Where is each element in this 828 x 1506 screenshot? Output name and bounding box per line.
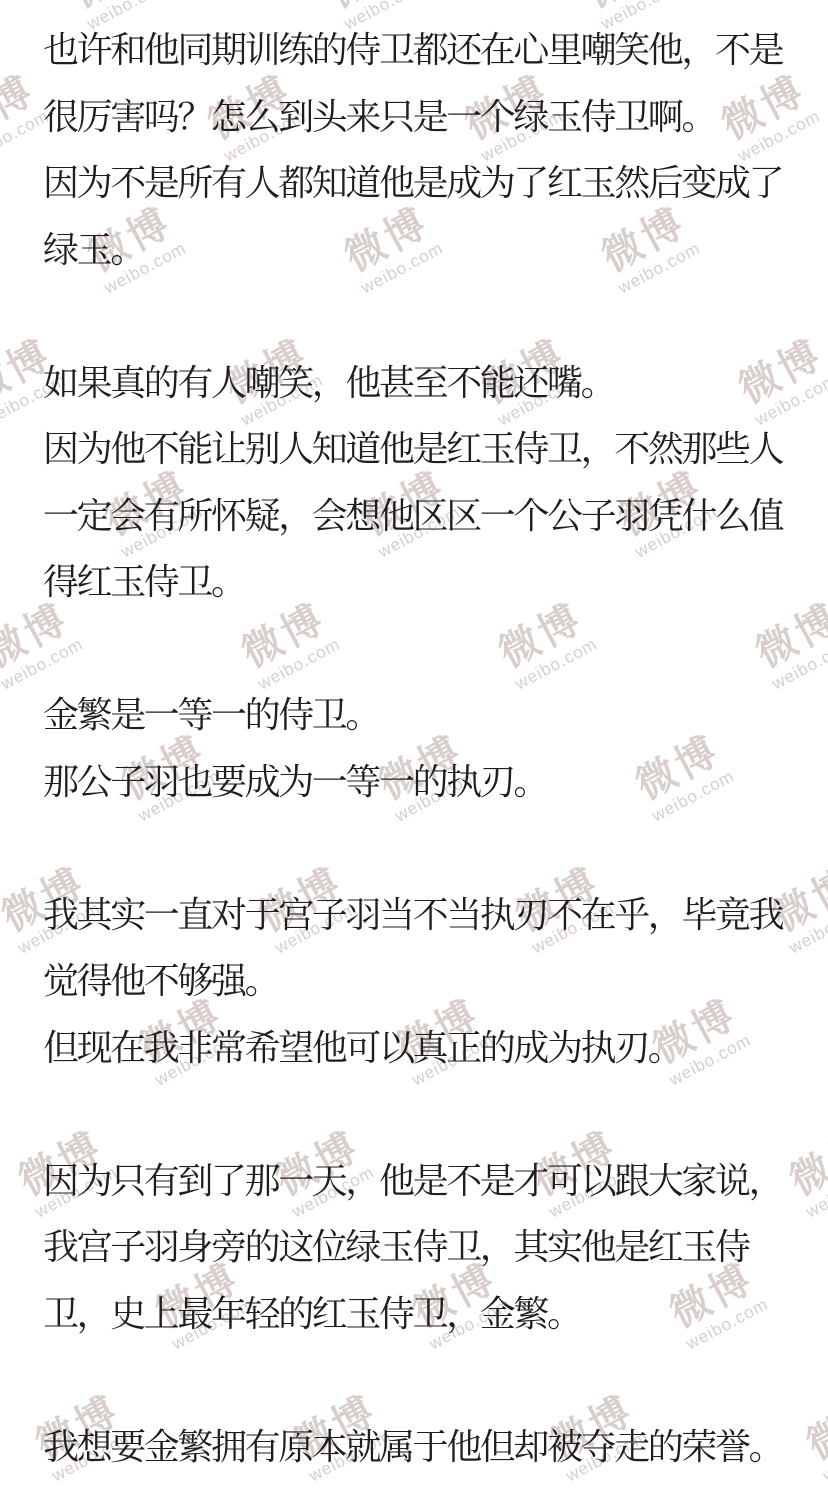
paragraph: 我想要金繁拥有原本就属于他但却被夺走的荣誉。 [43,1414,789,1481]
weibo-logo-text: 微博 [321,0,419,15]
paragraph: 那公子羽也要成为一等一的执刃。 [43,749,789,816]
weibo-url-text: weibo.com [820,1427,828,1484]
weibo-logo-text: 微博 [0,69,43,147]
paragraph: 如果真的有人嘲笑，他甚至不能还嘴。 [43,350,789,417]
weibo-logo-text: 微博 [783,1125,828,1203]
weibo-post-screenshot: 微博weibo.com微博weibo.com微博weibo.com微博weibo… [0,0,828,1506]
paragraph-block: 因为只有到了那一天，他是不是才可以跟大家说，我宫子羽身旁的这位绿玉侍卫，其实他是… [43,1148,789,1348]
weibo-url-text: weibo.com [803,1163,828,1220]
weibo-logo-text: 微博 [64,0,162,15]
paragraph-block: 我其实一直对于宫子羽当不当执刃不在乎，毕竟我觉得他不够强。但现在我非常希望他可以… [43,882,789,1082]
paragraph: 因为只有到了那一天，他是不是才可以跟大家说，我宫子羽身旁的这位绿玉侍卫，其实他是… [43,1148,789,1348]
weibo-url-text: weibo.com [786,899,828,956]
paragraph-block: 也许和他同期训练的侍卫都还在心里嘲笑他，不是很厉害吗？怎么到头来只是一个绿玉侍卫… [43,17,789,283]
paragraph-block: 如果真的有人嘲笑，他甚至不能还嘴。因为他不能让别人知道他是红玉侍卫，不然那些人一… [43,350,789,616]
weibo-logo-text: 微博 [578,0,676,15]
weibo-logo-text: 微博 [800,1389,828,1467]
paragraph: 我其实一直对于宫子羽当不当执刃不在乎，毕竟我觉得他不够强。 [43,882,789,1015]
paragraph: 也许和他同期训练的侍卫都还在心里嘲笑他，不是很厉害吗？怎么到头来只是一个绿玉侍卫… [43,17,789,150]
paragraph-block: 金繁是一等一的侍卫。那公子羽也要成为一等一的执刃。 [43,682,789,815]
paragraph: 因为不是所有人都知道他是成为了红玉然后变成了绿玉。 [43,150,789,283]
paragraph: 因为他不能让别人知道他是红玉侍卫，不然那些人一定会有所怀疑，会想他区区一个公子羽… [43,416,789,616]
paragraph: 但现在我非常希望他可以真正的成为执刃。 [43,1015,789,1082]
weibo-watermark: 微博weibo.com [800,1389,828,1484]
paragraph: 金繁是一等一的侍卫。 [43,682,789,749]
post-body-text: 也许和他同期训练的侍卫都还在心里嘲笑他，不是很厉害吗？怎么到头来只是一个绿玉侍卫… [43,17,789,1480]
paragraph-block: 我想要金繁拥有原本就属于他但却被夺走的荣誉。 [43,1414,789,1481]
weibo-watermark: 微博weibo.com [783,1125,828,1220]
